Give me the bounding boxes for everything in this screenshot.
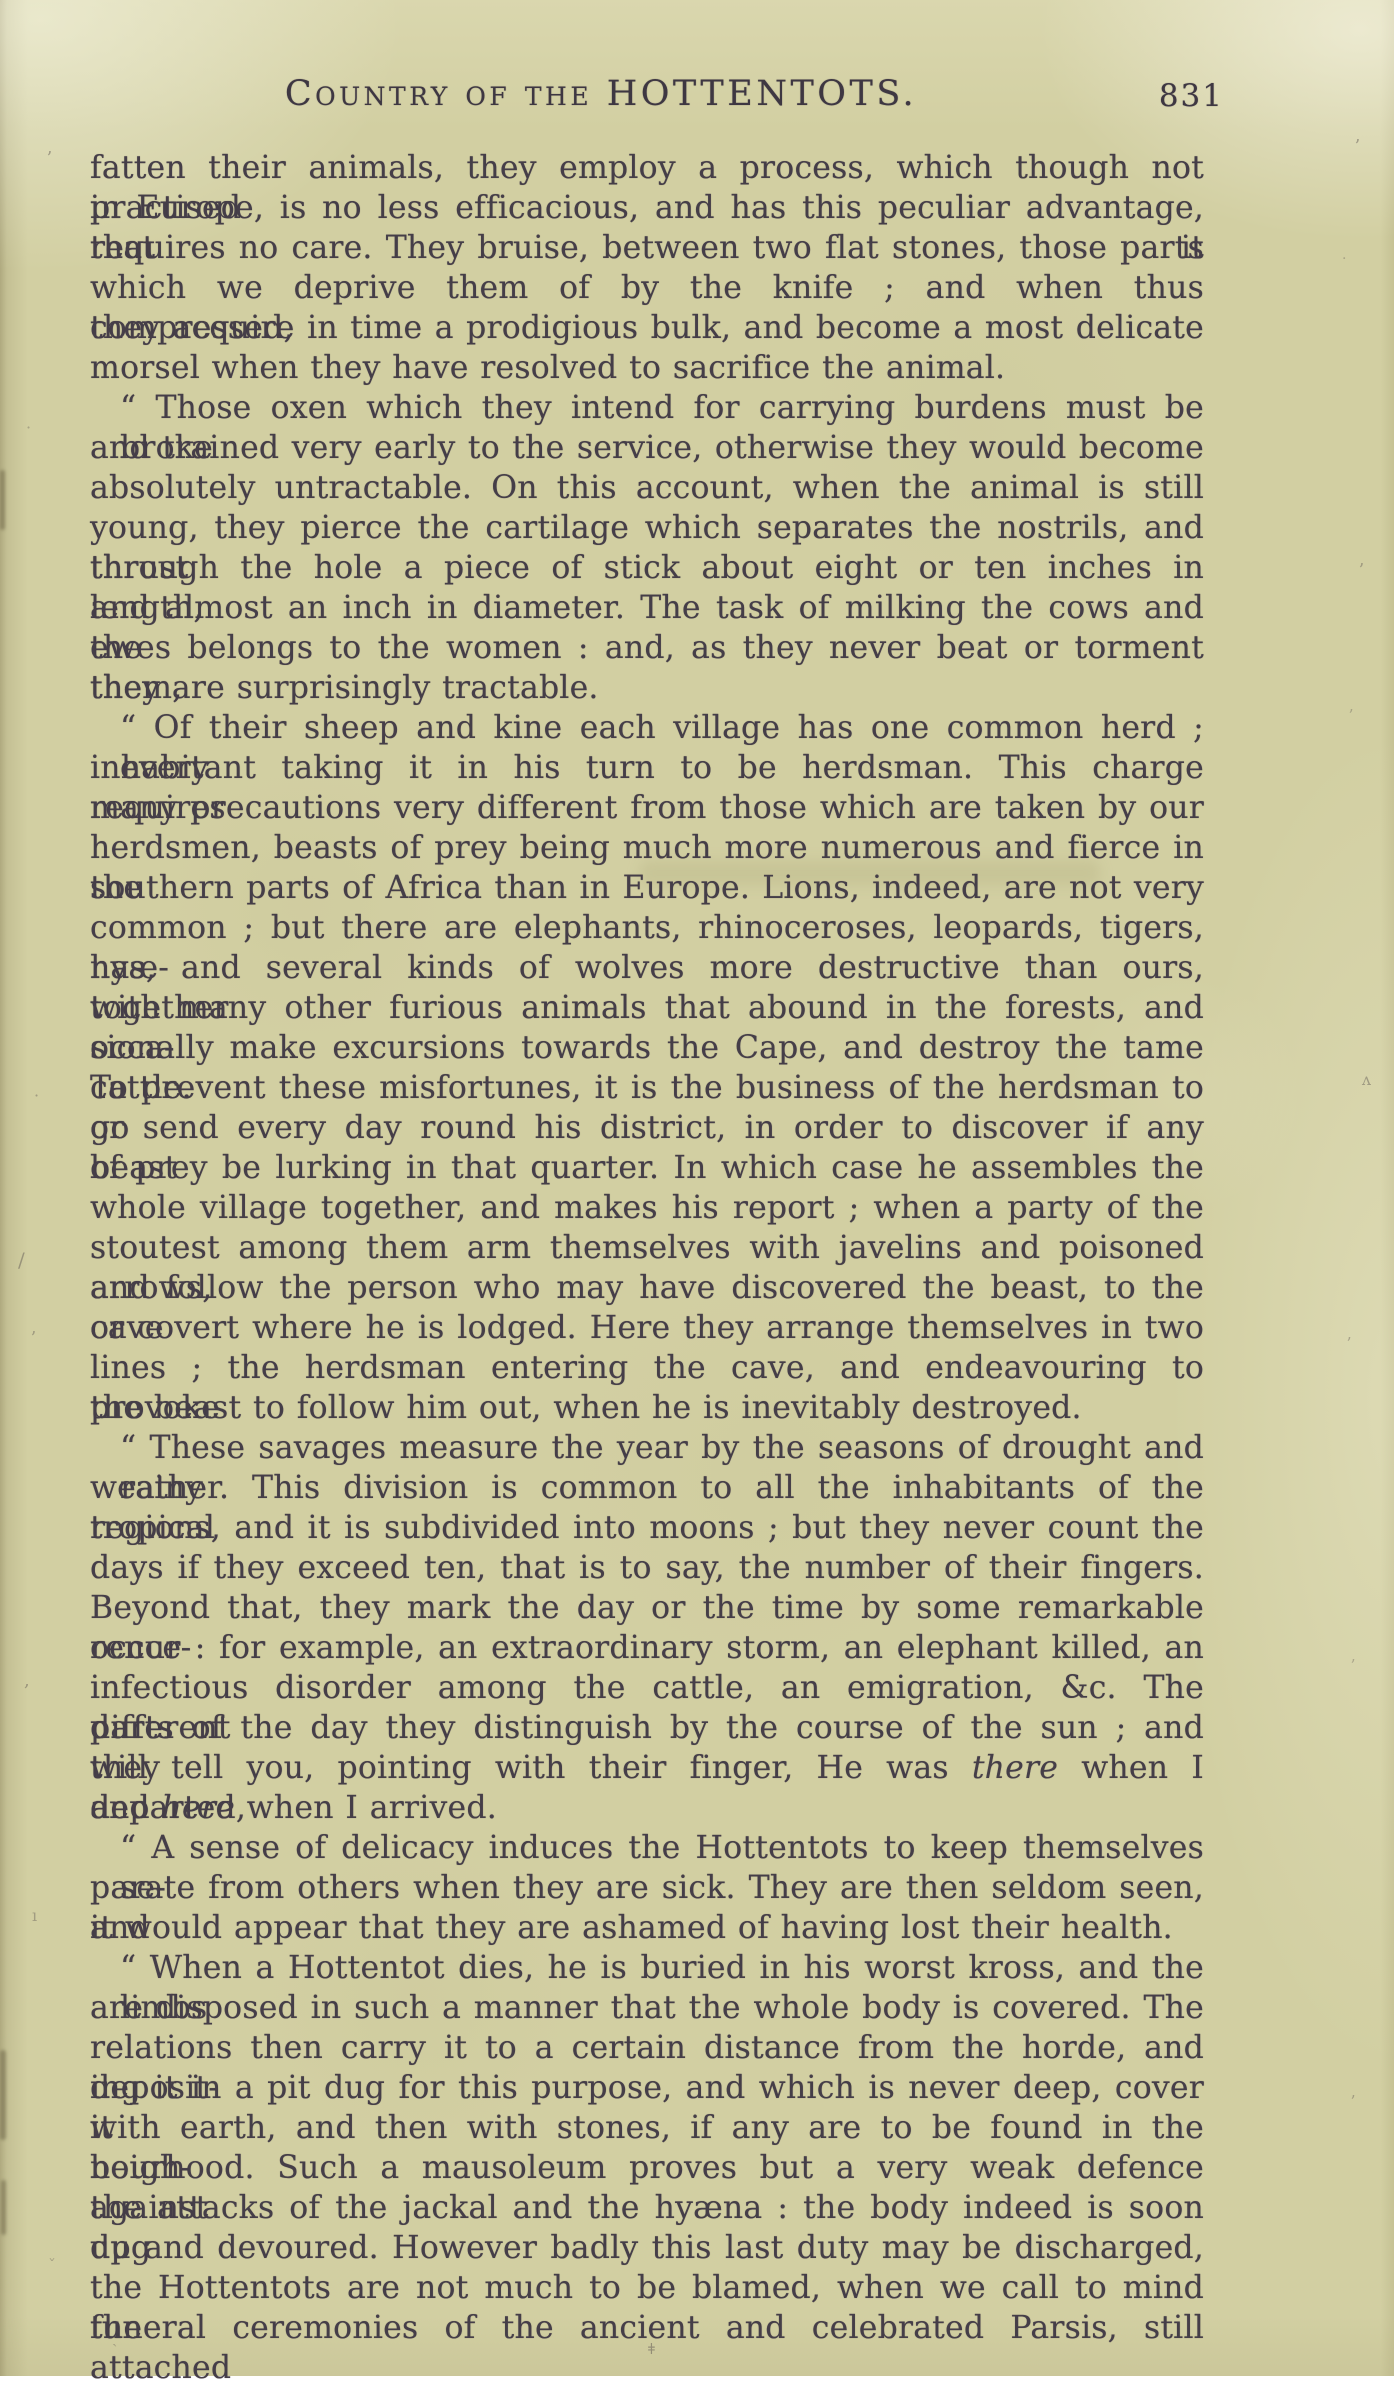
text-line: parts of the day they distinguish by the… [90, 1708, 1204, 1748]
text-line: they are surprisingly tractable. [90, 668, 1204, 708]
text-line: young, they pierce the cartilage which s… [90, 508, 1204, 548]
text-line: they acquire in time a prodigious bulk, … [90, 308, 1204, 348]
text-line: and follow the person who may have disco… [90, 1268, 1204, 1308]
text-line: it would appear that they are ashamed of… [90, 1908, 1204, 1948]
italic-word: there [972, 1750, 1058, 1786]
text-line: the Hottentots are not much to be blamed… [90, 2268, 1204, 2308]
text-line: fatten their animals, they employ a proc… [90, 148, 1204, 188]
text-line: “ These savages measure the year by the … [90, 1428, 1204, 1468]
page-number: 831 [1159, 78, 1224, 114]
text-line: “ A sense of delicacy induces the Hotten… [90, 1828, 1204, 1868]
text-line: which we deprive them of by the knife ; … [90, 268, 1204, 308]
text-line: bourhood. Such a mausoleum proves but a … [90, 2148, 1204, 2188]
text-line: or send every day round his district, in… [90, 1108, 1204, 1148]
text-line: common ; but there are elephants, rhinoc… [90, 908, 1204, 948]
paragraph: “ A sense of delicacy induces the Hotten… [90, 1828, 1204, 1948]
paragraph: “ Of their sheep and kine each village h… [90, 708, 1204, 1428]
paragraph: “ When a Hottentot dies, he is buried in… [90, 1948, 1204, 2348]
text-line: of prey be lurking in that quarter. In w… [90, 1148, 1204, 1188]
text-line: are disposed in such a manner that the w… [90, 1988, 1204, 2028]
text-line: parate from others when they are sick. T… [90, 1868, 1204, 1908]
page-header: Country of the HOTTENTOTS. 831 [90, 74, 1216, 122]
text-line: weather. This division is common to all … [90, 1468, 1204, 1508]
text-line: and trained very early to the service, o… [90, 428, 1204, 468]
text-line: morsel when they have resolved to sacrif… [90, 348, 1204, 388]
text-line: many precautions very different from tho… [90, 788, 1204, 828]
text-line: and here when I arrived. [90, 1788, 1204, 1828]
text-line: or covert where he is lodged. Here they … [90, 1308, 1204, 1348]
text-line: “ Those oxen which they intend for carry… [90, 388, 1204, 428]
text-line: funeral ceremonies of the ancient and ce… [90, 2308, 1204, 2348]
text-line: will tell you, pointing with their finge… [90, 1748, 1204, 1788]
text-line: inhabitant taking it in his turn to be h… [90, 748, 1204, 788]
text-line: herdsmen, beasts of prey being much more… [90, 828, 1204, 868]
text-line: Beyond that, they mark the day or the ti… [90, 1588, 1204, 1628]
text-line: sionally make excursions towards the Cap… [90, 1028, 1204, 1068]
text-line: ewes belongs to the women : and, as they… [90, 628, 1204, 668]
text-line: the beast to follow him out, when he is … [90, 1388, 1204, 1428]
text-line: regions, and it is subdivided into moons… [90, 1508, 1204, 1548]
paragraph: “ Those oxen which they intend for carry… [90, 388, 1204, 708]
text-line: ing it in a pit dug for this purpose, an… [90, 2068, 1204, 2108]
text-line: To prevent these misfortunes, it is the … [90, 1068, 1204, 1108]
text-line: in Europe, is no less efficacious, and h… [90, 188, 1204, 228]
paragraph: fatten their animals, they employ a proc… [90, 148, 1204, 388]
text-line: whole village together, and makes his re… [90, 1188, 1204, 1228]
text-line: relations then carry it to a certain dis… [90, 2028, 1204, 2068]
text-line: with earth, and then with stones, if any… [90, 2108, 1204, 2148]
text-line: up and devoured. However badly this last… [90, 2228, 1204, 2268]
text-line: stoutest among them arm themselves with … [90, 1228, 1204, 1268]
text-line: and almost an inch in diameter. The task… [90, 588, 1204, 628]
text-line: absolutely untractable. On this account,… [90, 468, 1204, 508]
text-line: requires no care. They bruise, between t… [90, 228, 1204, 268]
text-line: nas, and several kinds of wolves more de… [90, 948, 1204, 988]
text-line: the attacks of the jackal and the hyæna … [90, 2188, 1204, 2228]
text-line: days if they exceed ten, that is to say,… [90, 1548, 1204, 1588]
text-line: through the hole a piece of stick about … [90, 548, 1204, 588]
text-line: southern parts of Africa than in Europe.… [90, 868, 1204, 908]
running-title: Country of the HOTTENTOTS. [38, 74, 1164, 114]
italic-word: here [162, 1790, 235, 1826]
text-line: lines ; the herdsman entering the cave, … [90, 1348, 1204, 1388]
text-line: rence : for example, an extraordinary st… [90, 1628, 1204, 1668]
text-line: infectious disorder among the cattle, an… [90, 1668, 1204, 1708]
text-line: “ When a Hottentot dies, he is buried in… [90, 1948, 1204, 1988]
page-body-text: fatten their animals, they employ a proc… [90, 148, 1204, 2348]
text-line: with many other furious animals that abo… [90, 988, 1204, 1028]
text-line: “ Of their sheep and kine each village h… [90, 708, 1204, 748]
paragraph: “ These savages measure the year by the … [90, 1428, 1204, 1828]
